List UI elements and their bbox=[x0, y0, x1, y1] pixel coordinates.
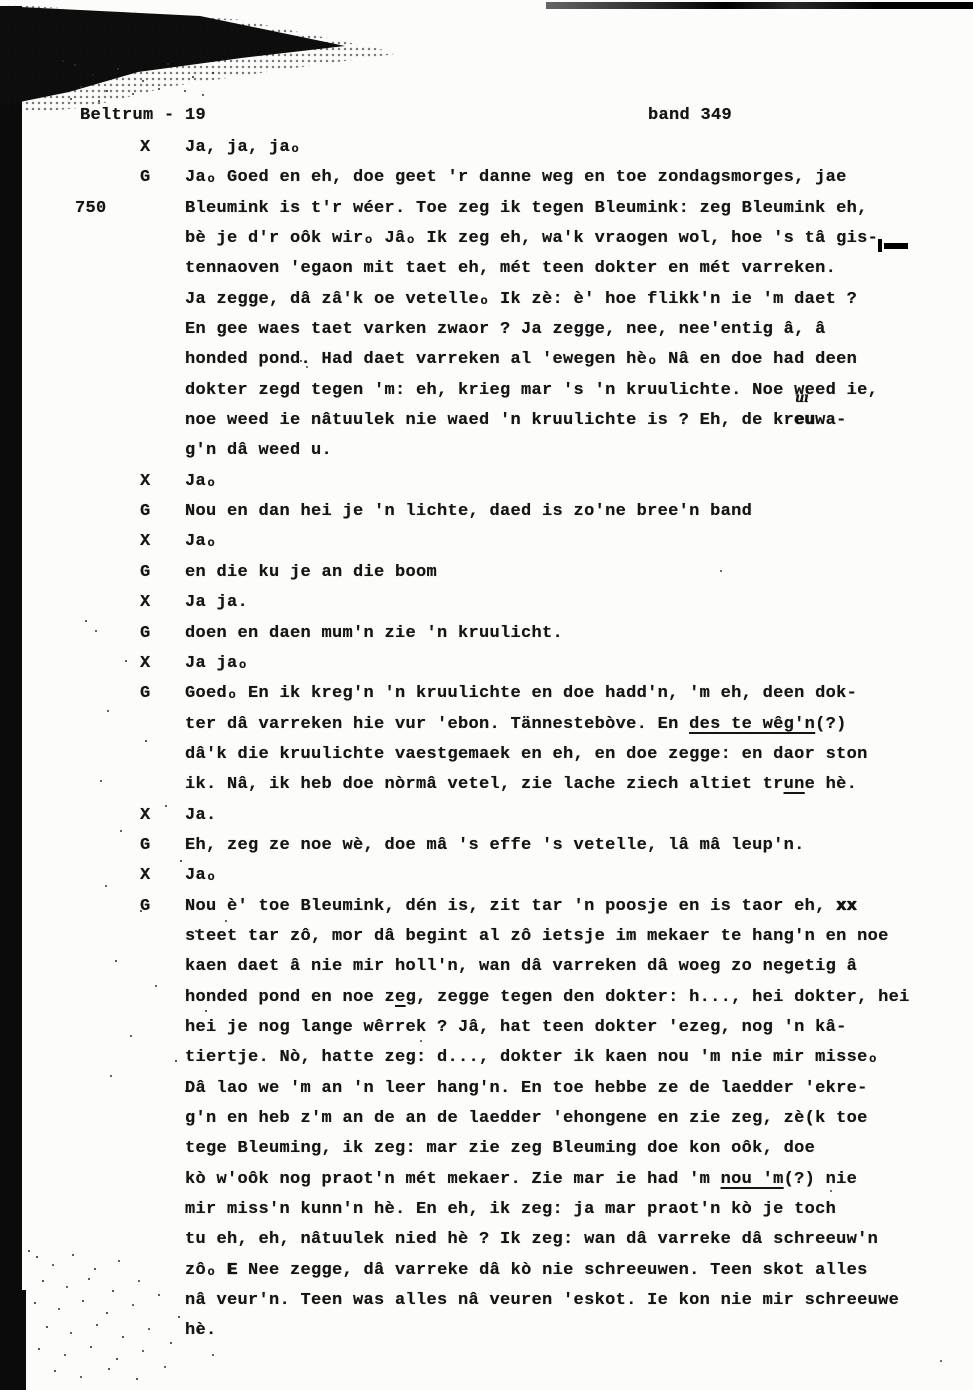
line-text: tiertje. Nò, hatte zeg: d..., dokter ik … bbox=[185, 1043, 937, 1073]
line-number bbox=[75, 315, 140, 345]
line-number bbox=[75, 679, 140, 709]
line-text: tennaoven 'egaon mit taet eh, mét teen d… bbox=[185, 254, 937, 284]
line-text: nâ veur'n. Teen was alles nâ veuren 'esk… bbox=[185, 1286, 937, 1316]
line-number bbox=[75, 1225, 140, 1255]
speaker-label bbox=[140, 376, 185, 406]
dialogue-line: XJaₒ bbox=[75, 527, 937, 557]
line-text: Jaₒ Goed en eh, doe geet 'r danne weg en… bbox=[185, 163, 937, 193]
speaker-label: X bbox=[140, 861, 185, 891]
text-segment: kaen daet â nie mir holl'n, wan dâ varre… bbox=[185, 957, 857, 976]
speaker-label: G bbox=[140, 619, 185, 649]
speaker-label bbox=[140, 1225, 185, 1255]
text-segment: g'n en heb z'm an de an de laedder 'ehon… bbox=[185, 1109, 868, 1128]
dialogue-line: XJaₒ bbox=[75, 861, 937, 891]
dialogue-line: kò w'oôk nog praot'n mét mekaer. Zie mar… bbox=[75, 1165, 937, 1195]
dialogue-line: tiertje. Nò, hatte zeg: d..., dokter ik … bbox=[75, 1043, 937, 1073]
line-number: 750 bbox=[75, 194, 140, 224]
text-segment: tu eh, eh, nâtuulek nied hè ? Ik zeg: wa… bbox=[185, 1230, 878, 1249]
text-segment: des te wêg'n bbox=[689, 715, 815, 734]
speaker-label: G bbox=[140, 679, 185, 709]
line-text: tu eh, eh, nâtuulek nied hè ? Ik zeg: wa… bbox=[185, 1225, 937, 1255]
dialogue-line: zôₒ E Nee zegge, dâ varreke dâ kò nie sc… bbox=[75, 1256, 937, 1286]
scan-noise bbox=[62, 60, 64, 62]
line-text: g'n en heb z'm an de an de laedder 'ehon… bbox=[185, 1104, 937, 1134]
text-segment: steet tar zô, mor dâ begint al zô ietsje… bbox=[185, 927, 889, 946]
dialogue-line: ik. Nâ, ik heb doe nòrmâ vetel, zie lach… bbox=[75, 770, 937, 800]
line-text: Eh, zeg ze noe wè, doe mâ 's effe 's vet… bbox=[185, 831, 937, 861]
line-number bbox=[75, 527, 140, 557]
text-segment: Goedₒ En ik kreg'n 'n kruulichte en doe … bbox=[185, 684, 857, 703]
text-segment: Jaₒ Goed en eh, doe geet 'r danne weg en… bbox=[185, 168, 847, 187]
speaker-label: X bbox=[140, 527, 185, 557]
line-text: en die ku je an die boom bbox=[185, 558, 937, 588]
text-segment: E bbox=[227, 1261, 238, 1280]
line-text: kò w'oôk nog praot'n mét mekaer. Zie mar… bbox=[185, 1165, 937, 1195]
dialogue-line: tu eh, eh, nâtuulek nied hè ? Ik zeg: wa… bbox=[75, 1225, 937, 1255]
line-number bbox=[75, 406, 140, 436]
dialogue-line: honded pond. Had daet varreken al 'ewege… bbox=[75, 345, 937, 375]
handwritten-note: ui bbox=[795, 391, 809, 405]
line-number bbox=[75, 224, 140, 254]
document-title: Beltrum - 19 bbox=[80, 106, 206, 125]
speaker-label: G bbox=[140, 163, 185, 193]
text-segment: honded pond en noe z bbox=[185, 988, 395, 1007]
line-number bbox=[75, 892, 140, 922]
line-number bbox=[75, 619, 140, 649]
text-segment: kò w'oôk nog praot'n mét mekaer. Zie mar… bbox=[185, 1170, 721, 1189]
dialogue-line: GGoedₒ En ik kreg'n 'n kruulichte en doe… bbox=[75, 679, 937, 709]
line-number bbox=[75, 163, 140, 193]
text-segment: Jaₒ bbox=[185, 472, 217, 491]
dialogue-line: hè. bbox=[75, 1316, 937, 1346]
line-text: mir miss'n kunn'n hè. En eh, ik zeg: ja … bbox=[185, 1195, 937, 1225]
speaker-label bbox=[140, 315, 185, 345]
text-segment: Ja jaₒ bbox=[185, 654, 248, 673]
line-text: hei je nog lange wêrrek ? Jâ, hat teen d… bbox=[185, 1013, 937, 1043]
text-segment: g, zegge tegen den dokter: h..., hei dok… bbox=[406, 988, 910, 1007]
speaker-label bbox=[140, 1165, 185, 1195]
speaker-label: G bbox=[140, 892, 185, 922]
text-segment: e bbox=[395, 988, 406, 1007]
line-number bbox=[75, 952, 140, 982]
dialogue-line: mir miss'n kunn'n hè. En eh, ik zeg: ja … bbox=[75, 1195, 937, 1225]
scanned-document-page: Beltrum - 19 band 349 XJa, ja, jaₒGJaₒ G… bbox=[0, 0, 973, 1390]
line-number bbox=[75, 436, 140, 466]
speaker-label bbox=[140, 1256, 185, 1286]
text-segment: mir miss'n kunn'n hè. En eh, ik zeg: ja … bbox=[185, 1200, 836, 1219]
line-text: kaen daet â nie mir holl'n, wan dâ varre… bbox=[185, 952, 937, 982]
line-text: Nou en dan hei je 'n lichte, daed is zo'… bbox=[185, 497, 937, 527]
dialogue-line: GNou en dan hei je 'n lichte, daed is zo… bbox=[75, 497, 937, 527]
line-text: steet tar zô, mor dâ begint al zô ietsje… bbox=[185, 922, 937, 952]
speaker-label bbox=[140, 740, 185, 770]
dialogue-line: Ja zegge, dâ zâ'k oe vetelleₒ Ik zè: è' … bbox=[75, 285, 937, 315]
text-segment: Dâ lao we 'm an 'n leer hang'n. En toe h… bbox=[185, 1079, 868, 1098]
dialogue-line: ter dâ varreken hie vur 'ebon. Tännesteb… bbox=[75, 710, 937, 740]
dialogue-line: XJa, ja, jaₒ bbox=[75, 133, 937, 163]
dialogue-line: Gen die ku je an die boom bbox=[75, 558, 937, 588]
text-segment: xx bbox=[836, 897, 857, 916]
line-text: Dâ lao we 'm an 'n leer hang'n. En toe h… bbox=[185, 1074, 937, 1104]
speaker-label bbox=[140, 983, 185, 1013]
line-text: Ja jaₒ bbox=[185, 649, 937, 679]
speaker-label: X bbox=[140, 133, 185, 163]
speaker-label bbox=[140, 285, 185, 315]
speaker-label: X bbox=[140, 467, 185, 497]
line-text: Jaₒ bbox=[185, 527, 937, 557]
dialogue-line: g'n en heb z'm an de an de laedder 'ehon… bbox=[75, 1104, 937, 1134]
line-text: noe weed ie nâtuulek nie waed 'n kruulic… bbox=[185, 406, 937, 436]
text-segment: Bleumink is t'r wéer. Toe zeg ik tegen B… bbox=[185, 199, 868, 218]
line-number bbox=[75, 497, 140, 527]
line-text: bè je d'r oôk wirₒ Jâₒ Ik zeg eh, wa'k v… bbox=[185, 224, 937, 254]
text-segment: Jaₒ bbox=[185, 866, 217, 885]
line-number bbox=[75, 801, 140, 831]
text-segment: hei je nog lange wêrrek ? Jâ, hat teen d… bbox=[185, 1018, 847, 1037]
dialogue-line: XJa jaₒ bbox=[75, 649, 937, 679]
speaker-label: G bbox=[140, 558, 185, 588]
dialogue-line: XJa ja. bbox=[75, 588, 937, 618]
speaker-label bbox=[140, 1013, 185, 1043]
text-segment: euui bbox=[794, 406, 815, 436]
speaker-label bbox=[140, 1134, 185, 1164]
line-text: honded pond. Had daet varreken al 'ewege… bbox=[185, 345, 937, 375]
line-text: tege Bleuming, ik zeg: mar zie zeg Bleum… bbox=[185, 1134, 937, 1164]
dialogue-line: noe weed ie nâtuulek nie waed 'n kruulic… bbox=[75, 406, 937, 436]
dialogue-line: GEh, zeg ze noe wè, doe mâ 's effe 's ve… bbox=[75, 831, 937, 861]
line-number bbox=[75, 710, 140, 740]
dialogue-line: hei je nog lange wêrrek ? Jâ, hat teen d… bbox=[75, 1013, 937, 1043]
line-text: Goedₒ En ik kreg'n 'n kruulichte en doe … bbox=[185, 679, 937, 709]
line-number bbox=[75, 1074, 140, 1104]
text-segment: Jaₒ bbox=[185, 532, 217, 551]
dialogue-line: XJaₒ bbox=[75, 467, 937, 497]
line-number bbox=[75, 649, 140, 679]
line-number bbox=[75, 1165, 140, 1195]
text-segment: en die ku je an die boom bbox=[185, 563, 437, 582]
text-segment: noe weed ie nâtuulek nie waed 'n kruulic… bbox=[185, 411, 794, 430]
transcript-body: XJa, ja, jaₒGJaₒ Goed en eh, doe geet 'r… bbox=[75, 133, 937, 1347]
text-segment: (?) bbox=[815, 715, 847, 734]
line-text: Nou è' toe Bleumink, dén is, zit tar 'n … bbox=[185, 892, 937, 922]
text-segment: e hè. bbox=[805, 775, 858, 794]
line-number bbox=[75, 558, 140, 588]
dialogue-line: steet tar zô, mor dâ begint al zô ietsje… bbox=[75, 922, 937, 952]
dialogue-line: En gee waes taet varken zwaor ? Ja zegge… bbox=[75, 315, 937, 345]
speaker-label bbox=[140, 406, 185, 436]
text-segment: g'n dâ weed u. bbox=[185, 441, 332, 460]
text-segment: doen en daen mum'n zie 'n kruulicht. bbox=[185, 624, 563, 643]
line-number bbox=[75, 831, 140, 861]
text-segment: un bbox=[784, 775, 805, 794]
tape-band-number: band 349 bbox=[648, 106, 732, 125]
dialogue-line: kaen daet â nie mir holl'n, wan dâ varre… bbox=[75, 952, 937, 982]
line-number bbox=[75, 983, 140, 1013]
line-text: zôₒ E Nee zegge, dâ varreke dâ kò nie sc… bbox=[185, 1256, 937, 1286]
text-segment: (?) nie bbox=[784, 1170, 858, 1189]
dialogue-line: Gdoen en daen mum'n zie 'n kruulicht. bbox=[75, 619, 937, 649]
line-number bbox=[75, 770, 140, 800]
scan-artifact-left-bar bbox=[0, 6, 22, 1390]
line-text: Ja zegge, dâ zâ'k oe vetelleₒ Ik zè: è' … bbox=[185, 285, 937, 315]
speaker-label bbox=[140, 710, 185, 740]
line-number bbox=[75, 922, 140, 952]
line-number bbox=[75, 1256, 140, 1286]
text-segment: En gee waes taet varken zwaor ? Ja zegge… bbox=[185, 320, 826, 339]
speaker-label bbox=[140, 1286, 185, 1316]
line-number bbox=[75, 1286, 140, 1316]
dialogue-line: nâ veur'n. Teen was alles nâ veuren 'esk… bbox=[75, 1286, 937, 1316]
speaker-label bbox=[140, 194, 185, 224]
line-number bbox=[75, 254, 140, 284]
text-segment: Ja. bbox=[185, 806, 217, 825]
text-segment: dâ'k die kruulichte vaestgemaek en eh, e… bbox=[185, 745, 868, 764]
dialogue-line: dâ'k die kruulichte vaestgemaek en eh, e… bbox=[75, 740, 937, 770]
text-segment: tege Bleuming, ik zeg: mar zie zeg Bleum… bbox=[185, 1139, 815, 1158]
text-segment: zôₒ bbox=[185, 1261, 227, 1280]
text-segment: hè. bbox=[185, 1321, 217, 1340]
text-segment: honded pond. Had daet varreken al 'ewege… bbox=[185, 350, 857, 369]
line-text: Ja, ja, jaₒ bbox=[185, 133, 937, 163]
text-segment: Ja zegge, dâ zâ'k oe vetelleₒ Ik zè: è' … bbox=[185, 290, 857, 309]
speaker-label: G bbox=[140, 497, 185, 527]
scan-artifact-top-edge bbox=[546, 2, 973, 9]
dialogue-line: 750Bleumink is t'r wéer. Toe zeg ik tege… bbox=[75, 194, 937, 224]
line-text: Bleumink is t'r wéer. Toe zeg ik tegen B… bbox=[185, 194, 937, 224]
speaker-label bbox=[140, 1104, 185, 1134]
line-number bbox=[75, 285, 140, 315]
dialogue-line: g'n dâ weed u. bbox=[75, 436, 937, 466]
text-segment: ik. Nâ, ik heb doe nòrmâ vetel, zie lach… bbox=[185, 775, 784, 794]
line-text: doen en daen mum'n zie 'n kruulicht. bbox=[185, 619, 937, 649]
line-text: hè. bbox=[185, 1316, 937, 1346]
speaker-label: X bbox=[140, 801, 185, 831]
speaker-label bbox=[140, 922, 185, 952]
line-text: Jaₒ bbox=[185, 861, 937, 891]
speaker-label bbox=[140, 224, 185, 254]
speaker-label bbox=[140, 952, 185, 982]
dialogue-line: Dâ lao we 'm an 'n leer hang'n. En toe h… bbox=[75, 1074, 937, 1104]
dialogue-line: honded pond en noe zeg, zegge tegen den … bbox=[75, 983, 937, 1013]
scan-artifact-corner-fringe bbox=[0, 4, 400, 116]
dialogue-line: bè je d'r oôk wirₒ Jâₒ Ik zeg eh, wa'k v… bbox=[75, 224, 937, 254]
dialogue-line: GNou è' toe Bleumink, dén is, zit tar 'n… bbox=[75, 892, 937, 922]
speaker-label: X bbox=[140, 588, 185, 618]
text-segment: ter dâ varreken hie vur 'ebon. Tännesteb… bbox=[185, 715, 689, 734]
line-text: Ja ja. bbox=[185, 588, 937, 618]
line-number bbox=[75, 1316, 140, 1346]
scan-artifact-left-bar-foot bbox=[0, 1290, 26, 1390]
line-number bbox=[75, 740, 140, 770]
line-number bbox=[75, 1104, 140, 1134]
dialogue-line: tege Bleuming, ik zeg: mar zie zeg Bleum… bbox=[75, 1134, 937, 1164]
dialogue-line: XJa. bbox=[75, 801, 937, 831]
speaker-label bbox=[140, 345, 185, 375]
text-segment: wa- bbox=[815, 411, 847, 430]
text-segment: Nou en dan hei je 'n lichte, daed is zo'… bbox=[185, 502, 752, 521]
line-text: honded pond en noe zeg, zegge tegen den … bbox=[185, 983, 937, 1013]
line-text: g'n dâ weed u. bbox=[185, 436, 937, 466]
dialogue-line: tennaoven 'egaon mit taet eh, mét teen d… bbox=[75, 254, 937, 284]
line-text: Ja. bbox=[185, 801, 937, 831]
text-segment: nou 'm bbox=[721, 1170, 784, 1189]
speaker-label bbox=[140, 1074, 185, 1104]
dialogue-line: GJaₒ Goed en eh, doe geet 'r danne weg e… bbox=[75, 163, 937, 193]
scan-noise bbox=[28, 1250, 30, 1252]
line-number bbox=[75, 1043, 140, 1073]
speaker-label bbox=[140, 770, 185, 800]
text-segment: bè je d'r oôk wirₒ Jâₒ Ik zeg eh, wa'k v… bbox=[185, 229, 878, 248]
text-segment: Ja, ja, jaₒ bbox=[185, 138, 301, 157]
line-text: dâ'k die kruulichte vaestgemaek en eh, e… bbox=[185, 740, 937, 770]
line-number bbox=[75, 1195, 140, 1225]
line-number bbox=[75, 861, 140, 891]
line-number bbox=[75, 133, 140, 163]
line-number bbox=[75, 345, 140, 375]
speaker-label: G bbox=[140, 831, 185, 861]
text-segment: Ja ja. bbox=[185, 593, 248, 612]
line-text: Jaₒ bbox=[185, 467, 937, 497]
text-segment: Nee zegge, dâ varreke dâ kò nie schreeuw… bbox=[238, 1261, 868, 1280]
line-text: En gee waes taet varken zwaor ? Ja zegge… bbox=[185, 315, 937, 345]
text-segment: dokter zegd tegen 'm: eh, krieg mar 's '… bbox=[185, 381, 878, 400]
line-number bbox=[75, 376, 140, 406]
speaker-label bbox=[140, 1043, 185, 1073]
line-number bbox=[75, 1013, 140, 1043]
line-text: ik. Nâ, ik heb doe nòrmâ vetel, zie lach… bbox=[185, 770, 937, 800]
speaker-label: X bbox=[140, 649, 185, 679]
text-segment: tennaoven 'egaon mit taet eh, mét teen d… bbox=[185, 259, 836, 278]
line-number bbox=[75, 1134, 140, 1164]
text-segment: nâ veur'n. Teen was alles nâ veuren 'esk… bbox=[185, 1291, 899, 1310]
line-text: dokter zegd tegen 'm: eh, krieg mar 's '… bbox=[185, 376, 937, 406]
line-text: ter dâ varreken hie vur 'ebon. Tännesteb… bbox=[185, 710, 937, 740]
text-segment: Eh, zeg ze noe wè, doe mâ 's effe 's vet… bbox=[185, 836, 805, 855]
line-number bbox=[75, 588, 140, 618]
speaker-label bbox=[140, 1316, 185, 1346]
speaker-label bbox=[140, 436, 185, 466]
speaker-label bbox=[140, 254, 185, 284]
text-segment: Nou è' toe Bleumink, dén is, zit tar 'n … bbox=[185, 897, 836, 916]
speaker-label bbox=[140, 1195, 185, 1225]
text-segment: tiertje. Nò, hatte zeg: d..., dokter ik … bbox=[185, 1048, 878, 1067]
line-number bbox=[75, 467, 140, 497]
